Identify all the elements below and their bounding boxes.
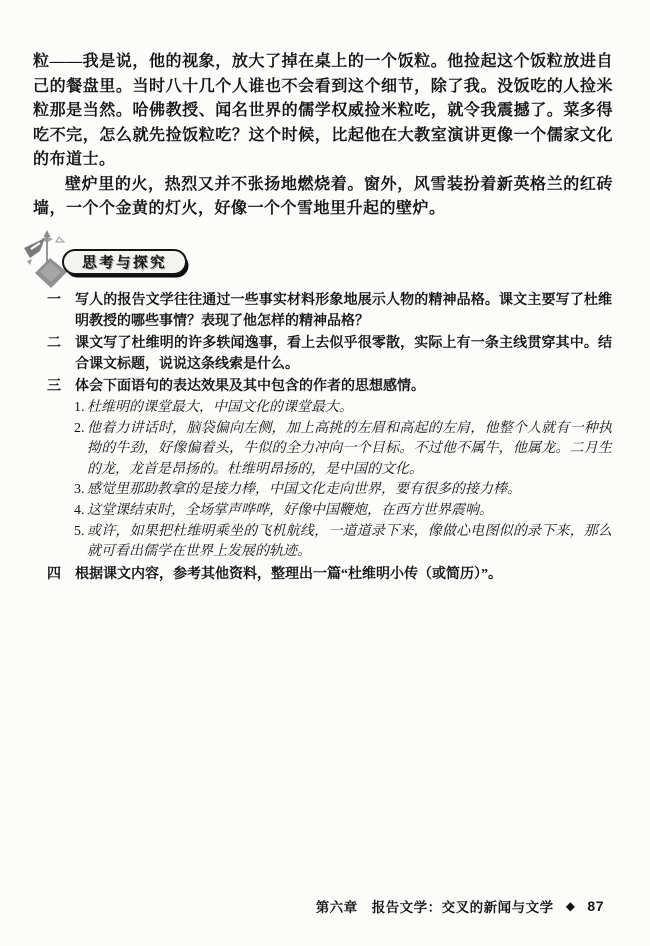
- question-number: 一: [47, 291, 61, 312]
- section-header-badge: 思考与探究: [22, 230, 242, 292]
- subitem-2: 2. 他着力讲话时，脑袋偏向左侧，加上高挑的左眉和高起的左肩，他整个人就有一种执…: [74, 419, 612, 481]
- question-item-1: 一 写人的报告文学往往通过一些事实材料形象地展示人物的精神品格。课文主要写了杜维…: [47, 291, 612, 332]
- subitem-4: 4. 这堂课结束时，全场掌声哗哗，好像中国鞭炮，在西方世界震响。: [74, 501, 612, 522]
- textbook-page: 粒——我是说，他的视象，放大了掉在桌上的一个饭粒。他捡起这个饭粒放进自己的餐盘里…: [0, 0, 650, 946]
- question-text: 写人的报告文学往往通过一些事实材料形象地展示人物的精神品格。课文主要写了杜维明教…: [75, 293, 612, 329]
- question-number: 二: [47, 334, 61, 355]
- subitem-text: 这堂课结束时，全场掌声哗哗，好像中国鞭炮，在西方世界震响。: [87, 503, 493, 518]
- footer-chapter: 第六章: [316, 896, 358, 916]
- questions-list: 一 写人的报告文学往往通过一些事实材料形象地展示人物的精神品格。课文主要写了杜维…: [47, 291, 612, 587]
- section-title-pill: 思考与探究: [62, 249, 187, 275]
- subitem-number: 5.: [74, 522, 85, 543]
- body-paragraph-1: 粒——我是说，他的视象，放大了掉在桌上的一个饭粒。他捡起这个饭粒放进自己的餐盘里…: [33, 50, 613, 173]
- subitem-3: 3. 感觉里那助教拿的是接力棒，中国文化走向世界，要有很多的接力棒。: [74, 480, 612, 501]
- body-paragraph-2: 壁炉里的火，热烈又并不张扬地燃烧着。窗外，风雪装扮着新英格兰的红砖墙，一个个金黄…: [33, 173, 613, 222]
- page-footer: 第六章 报告文学：交叉的新闻与文学 ◆ 87: [316, 896, 604, 916]
- subitem-1: 1. 杜维明的课堂最大，中国文化的课堂最大。: [74, 398, 612, 419]
- subitem-text: 感觉里那助教拿的是接力棒，中国文化走向世界，要有很多的接力棒。: [87, 482, 521, 497]
- question-number: 三: [47, 377, 61, 398]
- subitem-5: 5. 或许，如果把杜维明乘坐的飞机航线，一道道录下来，像做心电图似的录下来，那么…: [74, 522, 612, 563]
- subitem-number: 3.: [74, 480, 85, 501]
- question-text: 体会下面语句的表达效果及其中包含的作者的思想感情。: [75, 379, 425, 394]
- question-number: 四: [47, 565, 61, 586]
- section-title: 思考与探究: [82, 251, 167, 272]
- body-text-block: 粒——我是说，他的视象，放大了掉在桌上的一个饭粒。他捡起这个饭粒放进自己的餐盘里…: [33, 50, 613, 222]
- question-text: 根据课文内容，参考其他资料，整理出一篇“杜维明小传（或简历）”。: [75, 567, 502, 582]
- diamond-separator-icon: ◆: [566, 899, 576, 914]
- question-item-4: 四 根据课文内容，参考其他资料，整理出一篇“杜维明小传（或简历）”。: [47, 565, 612, 586]
- subitem-text: 他着力讲话时，脑袋偏向左侧，加上高挑的左眉和高起的左肩，他整个人就有一种执拗的牛…: [87, 421, 612, 477]
- subitem-number: 4.: [74, 501, 85, 522]
- question-text: 课文写了杜维明的许多轶闻逸事，看上去似乎很零散，实际上有一条主线贯穿其中。结合课…: [75, 336, 612, 372]
- footer-book-title: 报告文学：交叉的新闻与文学: [372, 896, 554, 916]
- subitem-text: 或许，如果把杜维明乘坐的飞机航线，一道道录下来，像做心电图似的录下来，那么就可看…: [87, 524, 612, 560]
- footer-page-number: 87: [587, 898, 604, 914]
- subitem-text: 杜维明的课堂最大，中国文化的课堂最大。: [87, 400, 353, 415]
- subitem-number: 1.: [74, 398, 85, 419]
- question-item-2: 二 课文写了杜维明的许多轶闻逸事，看上去似乎很零散，实际上有一条主线贯穿其中。结…: [47, 334, 612, 375]
- question-item-3: 三 体会下面语句的表达效果及其中包含的作者的思想感情。 1. 杜维明的课堂最大，…: [47, 377, 612, 562]
- subitem-number: 2.: [74, 419, 85, 440]
- question-3-subitems: 1. 杜维明的课堂最大，中国文化的课堂最大。 2. 他着力讲话时，脑袋偏向左侧，…: [75, 398, 612, 563]
